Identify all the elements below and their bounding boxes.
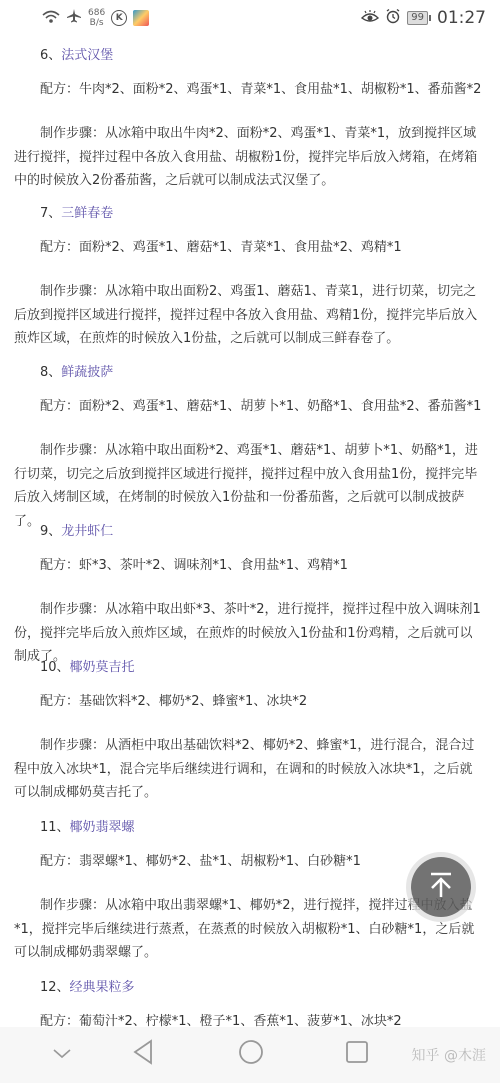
recipe-title: 7、三鲜春卷 <box>40 202 113 221</box>
k-badge-label: K <box>116 13 123 23</box>
app-notification-icon <box>133 10 149 26</box>
airplane-icon <box>66 8 82 28</box>
status-left: 686 B/s K <box>42 8 149 28</box>
recipe-formula: 配方：翡翠螺*1、椰奶*2、盐*1、胡椒粉*1、白砂糖*1 <box>14 850 484 874</box>
recipe-steps: 制作步骤：从冰箱中取出面粉*2、鸡蛋*1、蘑菇*1、胡萝卜*1、奶酪*1，进行切… <box>14 439 484 533</box>
recipe-steps: 制作步骤：从冰箱中取出牛肉*2、面粉*2、鸡蛋*1、青菜*1，放到搅拌区域进行搅… <box>14 122 484 193</box>
recipe-title: 6、法式汉堡 <box>40 44 113 63</box>
recipe-steps: 制作步骤：从酒柜中取出基础饮料*2、椰奶*2、蜂蜜*1，进行混合，混合过程中放入… <box>14 734 484 805</box>
chevron-down-icon[interactable] <box>52 1045 72 1064</box>
recipe-title: 10、椰奶莫吉托 <box>40 656 135 675</box>
net-speed-value: 686 <box>88 8 105 18</box>
back-to-top-icon <box>426 870 456 904</box>
recipe-formula: 配方：面粉*2、鸡蛋*1、蘑菇*1、胡萝卜*1、奶酪*1、食用盐*2、番茄酱*1 <box>14 395 484 419</box>
recipe-number: 10、 <box>40 660 70 675</box>
back-triangle-icon[interactable] <box>132 1039 154 1069</box>
recipe-formula: 配方：牛肉*2、面粉*2、鸡蛋*1、青菜*1、食用盐*1、胡椒粉*1、番茄酱*2 <box>14 78 484 102</box>
recipe-name-link[interactable]: 三鲜春卷 <box>61 206 113 221</box>
recipe-name-link[interactable]: 经典果粒多 <box>70 980 135 995</box>
recipe-title: 12、经典果粒多 <box>40 976 135 995</box>
battery-indicator: 99 <box>407 11 428 25</box>
eye-icon <box>361 9 379 28</box>
recipe-title: 8、鲜蔬披萨 <box>40 361 113 380</box>
recipe-formula: 配方：面粉*2、鸡蛋*1、蘑菇*1、青菜*1、食用盐*2、鸡精*1 <box>14 236 484 260</box>
status-bar: 686 B/s K 99 01:27 <box>0 0 500 38</box>
status-right: 99 01:27 <box>361 8 486 28</box>
battery-tip <box>429 15 431 21</box>
clock: 01:27 <box>437 8 486 28</box>
net-speed-unit: B/s <box>88 18 105 28</box>
recipe-steps: 制作步骤：从冰箱中取出面粉2、鸡蛋1、蘑菇1、青菜1，进行切菜，切完之后放到搅拌… <box>14 280 484 351</box>
network-speed: 686 B/s <box>88 8 105 28</box>
recipe-number: 8、 <box>40 365 61 380</box>
recipe-title: 9、龙井虾仁 <box>40 520 113 539</box>
recipe-number: 9、 <box>40 524 61 539</box>
recipe-formula: 配方：基础饮料*2、椰奶*2、蜂蜜*1、冰块*2 <box>14 690 484 714</box>
wifi-icon <box>42 9 60 28</box>
home-circle-icon[interactable] <box>238 1039 264 1069</box>
alarm-icon <box>385 8 401 28</box>
recipe-formula: 配方：虾*3、茶叶*2、调味剂*1、食用盐*1、鸡精*1 <box>14 554 484 578</box>
recents-square-icon[interactable] <box>345 1040 369 1068</box>
recipe-number: 11、 <box>40 820 70 835</box>
recipe-steps: 制作步骤：从冰箱中取出翡翠螺*1、椰奶*2，进行搅拌，搅拌过程中放入盐*1，搅拌… <box>14 894 484 965</box>
recipe-title: 11、椰奶翡翠螺 <box>40 816 135 835</box>
system-nav-bar: 知乎 @木涯 <box>0 1027 500 1083</box>
recipe-name-link[interactable]: 椰奶翡翠螺 <box>70 820 135 835</box>
recipe-name-link[interactable]: 椰奶莫吉托 <box>70 660 135 675</box>
recipe-name-link[interactable]: 法式汉堡 <box>61 48 113 63</box>
recipe-number: 12、 <box>40 980 70 995</box>
k-circle-icon: K <box>111 10 127 26</box>
recipe-name-link[interactable]: 鲜蔬披萨 <box>61 365 113 380</box>
recipe-name-link[interactable]: 龙井虾仁 <box>61 524 113 539</box>
recipe-number: 6、 <box>40 48 61 63</box>
recipe-number: 7、 <box>40 206 61 221</box>
watermark: 知乎 @木涯 <box>412 1045 486 1065</box>
back-to-top-button[interactable] <box>411 857 471 917</box>
